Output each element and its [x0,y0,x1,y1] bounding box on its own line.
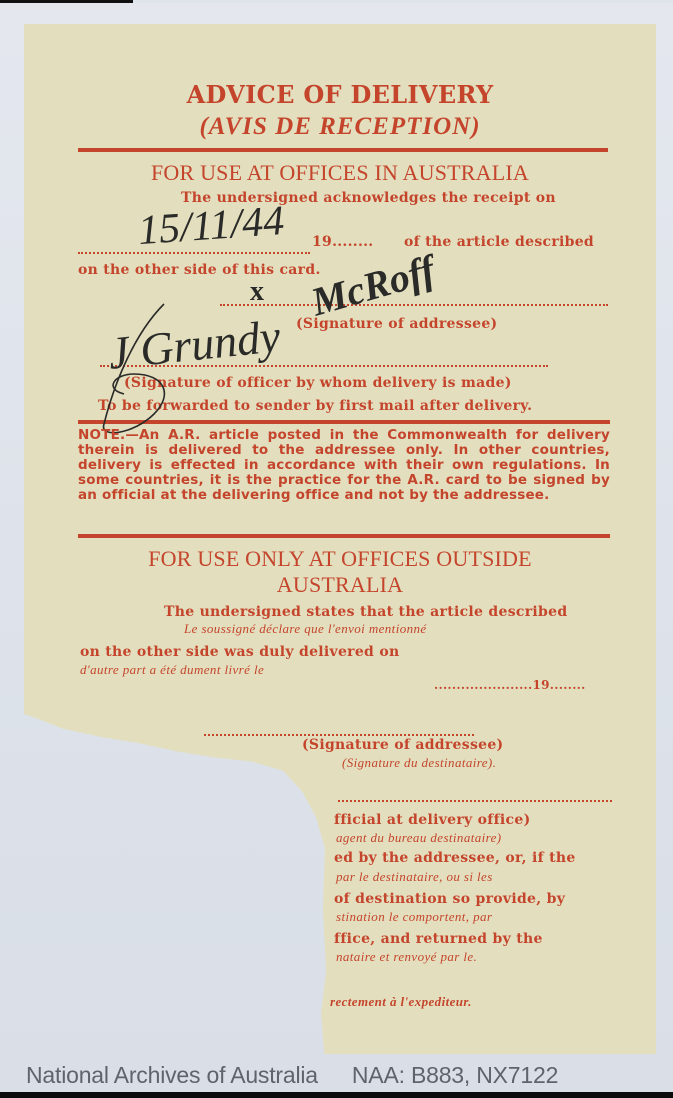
card-title: ADVICE OF DELIVERY [24,80,656,109]
other-side-label: on the other side of this card. [78,262,321,278]
archive-reference: NAA: B883, NX7122 [352,1062,558,1088]
outside-section-heading-2: AUSTRALIA [24,572,656,598]
delivered-line-fr: d'autre part a été dument livré le [80,662,264,678]
outside-addressee-label-fr: (Signature du destinataire). [342,755,496,771]
handwritten-addressee-signature: McRoff [306,246,440,326]
date-dotted-line [78,252,310,254]
delivered-line-en: on the other side was duly delivered on [80,644,399,660]
fragment-2-en: of destination so provide, by [334,891,565,907]
handwritten-date: 15/11/44 [137,197,286,255]
section-rule-2 [78,534,610,538]
states-line-en: The undersigned states that the article … [164,604,567,620]
official-label-en: fficial at delivery office) [334,812,531,828]
fragment-3-en: ffice, and returned by the [334,931,543,947]
outside-addressee-line [204,734,474,736]
archive-footer: National Archives of AustraliaNAA: B883,… [26,1062,558,1089]
outside-official-line [338,800,612,802]
official-label-fr: agent du bureau destinataire) [336,830,502,846]
fragment-1-fr: par le destinataire, ou si les [336,869,493,885]
addressee-signature-line [220,304,608,306]
outside-date-field: ......................19........ [434,678,586,692]
card-subtitle: (AVIS DE RECEPTION) [24,113,656,141]
scan-bottom-edge [0,1092,673,1098]
states-line-fr: Le soussigné déclare que l'envoi mention… [184,621,427,637]
date-year-label: 19........ [312,234,373,250]
archive-name: National Archives of Australia [26,1062,318,1088]
australia-section-heading: FOR USE AT OFFICES IN AUSTRALIA [24,160,656,186]
officer-signature-flourish [94,294,254,444]
article-described-label: of the article described [404,234,594,250]
note-paragraph: NOTE.—An A.R. article posted in the Comm… [78,428,610,503]
outside-addressee-label-en: (Signature of addressee) [302,737,503,753]
fragment-1-en: ed by the addressee, or, if the [334,850,576,866]
fragment-2-fr: stination le comportent, par [336,909,492,925]
fragment-3-fr: nataire et renvoyé par le. [336,949,477,965]
title-rule [78,148,608,152]
outside-section-heading-1: FOR USE ONLY AT OFFICES OUTSIDE [24,546,656,572]
fragment-4-fr: rectement à l'expediteur. [330,994,472,1010]
